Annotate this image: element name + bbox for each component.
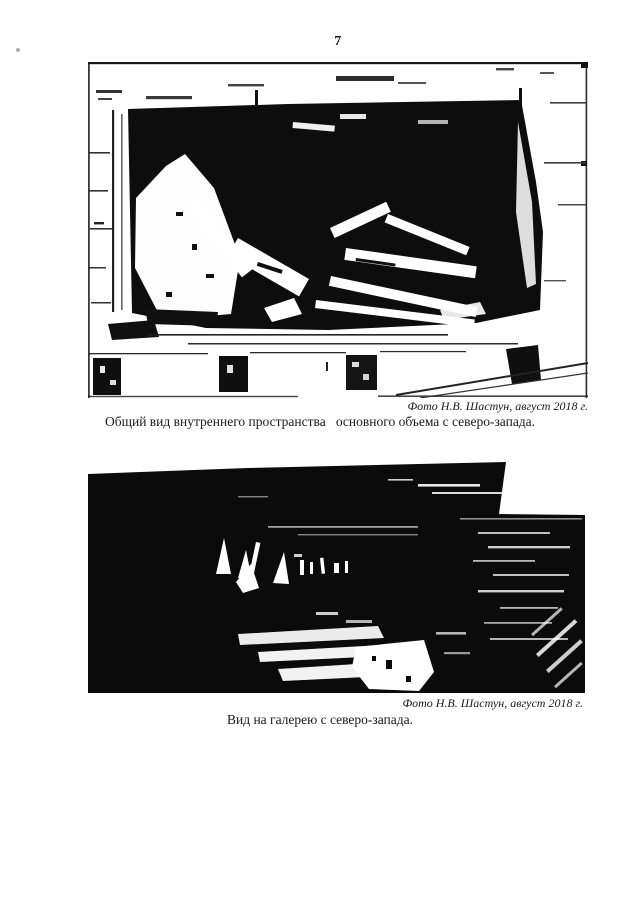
scan-artifact-dot — [16, 48, 20, 52]
photo-2-image — [88, 462, 585, 695]
photo-2-caption: Вид на галерею с северо-запада. — [0, 711, 640, 728]
photo-1-image — [88, 62, 588, 398]
photo-2-figure — [88, 462, 585, 695]
photo-1-credit: Фото Н.В. Шастун, август 2018 г. — [88, 399, 588, 413]
photo-2-credit: Фото Н.В. Шастун, август 2018 г. — [88, 696, 583, 710]
photo-1-caption: Общий вид внутреннего пространства основ… — [0, 413, 640, 430]
photo-1-figure — [88, 62, 588, 398]
page-number: 7 — [18, 34, 640, 50]
document-page: 7 — [0, 0, 640, 902]
